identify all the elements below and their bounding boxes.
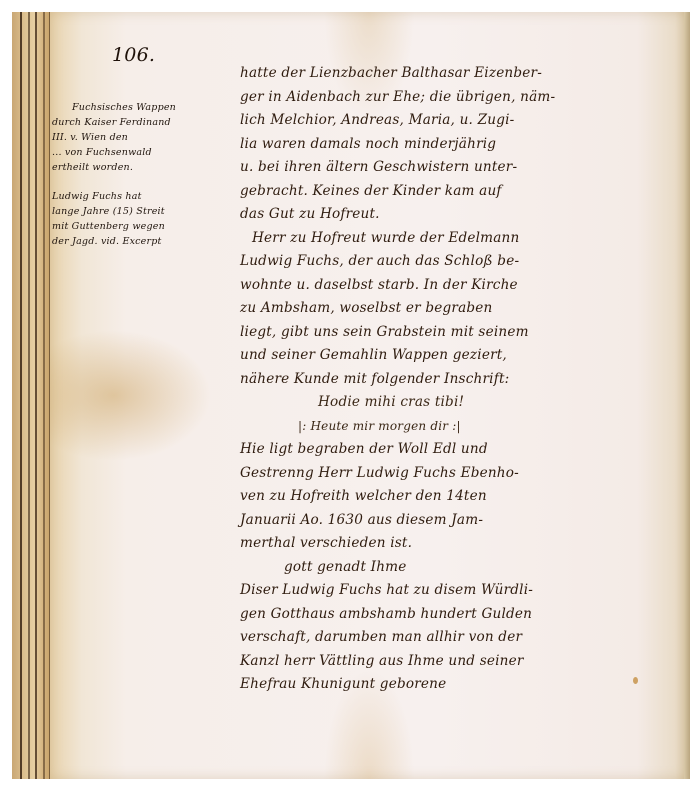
margin-note-line: Ludwig Fuchs hat — [52, 189, 165, 204]
body-line: ger in Aidenbach zur Ehe; die übrigen, n… — [240, 86, 555, 110]
inscription-line: merthal verschieden ist. — [240, 532, 555, 556]
body-line: lia waren damals noch minderjährig — [240, 133, 555, 157]
page-edge-line — [35, 12, 37, 779]
margin-note-line: Fuchsisches Wappen — [52, 100, 176, 115]
book-page-edges — [12, 12, 52, 779]
margin-note-line: mit Guttenberg wegen — [52, 219, 165, 234]
closing-line: verschaft, darumben man allhir von der — [240, 626, 555, 650]
body-line: lich Melchior, Andreas, Maria, u. Zugi- — [240, 109, 555, 133]
ink-stain — [633, 677, 638, 684]
manuscript-scan: 106. Fuchsisches Wappen durch Kaiser Fer… — [0, 0, 699, 800]
body-line: zu Ambsham, woselbst er begraben — [240, 297, 555, 321]
inscription-line: ven zu Hofreith welcher den 14ten — [240, 485, 555, 509]
page-number: 106. — [112, 44, 155, 66]
margin-note-line: der Jagd. vid. Excerpt — [52, 234, 165, 249]
margin-note-line: ... von Fuchsenwald — [52, 145, 176, 160]
margin-note-hunting-dispute: Ludwig Fuchs hat lange Jahre (15) Streit… — [52, 189, 165, 249]
blessing-line: gott genadt Ihme — [240, 556, 555, 580]
body-line: u. bei ihren ältern Geschwistern unter- — [240, 156, 555, 180]
body-line: hatte der Lienzbacher Balthasar Eizenber… — [240, 62, 555, 86]
page-edge-line — [28, 12, 30, 779]
body-line: wohnte u. daselbst starb. In der Kirche — [240, 274, 555, 298]
page-right-edge — [684, 12, 690, 779]
inscription-line: Januarii Ao. 1630 aus diesem Jam- — [240, 509, 555, 533]
page-edge-line — [20, 12, 22, 779]
margin-note-coat-of-arms: Fuchsisches Wappen durch Kaiser Ferdinan… — [52, 100, 176, 175]
closing-line: Ehefrau Khunigunt geborene — [240, 673, 555, 697]
body-line: das Gut zu Hofreut. — [240, 203, 555, 227]
body-line: Herr zu Hofreut wurde der Edelmann — [240, 227, 555, 251]
main-text-column: hatte der Lienzbacher Balthasar Eizenber… — [240, 62, 555, 697]
epitaph-translation: |: Heute mir morgen dir :| — [240, 415, 555, 439]
inscription-line: Gestrenng Herr Ludwig Fuchs Ebenho- — [240, 462, 555, 486]
page-edge-line — [43, 12, 45, 779]
inscription-line: Hie ligt begraben der Woll Edl und — [240, 438, 555, 462]
epitaph-latin: Hodie mihi cras tibi! — [240, 391, 555, 415]
closing-line: Diser Ludwig Fuchs hat zu disem Würdli- — [240, 579, 555, 603]
margin-note-line: lange Jahre (15) Streit — [52, 204, 165, 219]
margin-note-line: ertheilt worden. — [52, 160, 176, 175]
body-line: gebracht. Keines der Kinder kam auf — [240, 180, 555, 204]
body-line: nähere Kunde mit folgender Inschrift: — [240, 368, 555, 392]
body-line: und seiner Gemahlin Wappen geziert, — [240, 344, 555, 368]
closing-line: Kanzl herr Vättling aus Ihme und seiner — [240, 650, 555, 674]
margin-note-line: III. v. Wien den — [52, 130, 176, 145]
closing-line: gen Gotthaus ambshamb hundert Gulden — [240, 603, 555, 627]
body-line: Ludwig Fuchs, der auch das Schloß be- — [240, 250, 555, 274]
margin-note-line: durch Kaiser Ferdinand — [52, 115, 176, 130]
body-line: liegt, gibt uns sein Grabstein mit seine… — [240, 321, 555, 345]
